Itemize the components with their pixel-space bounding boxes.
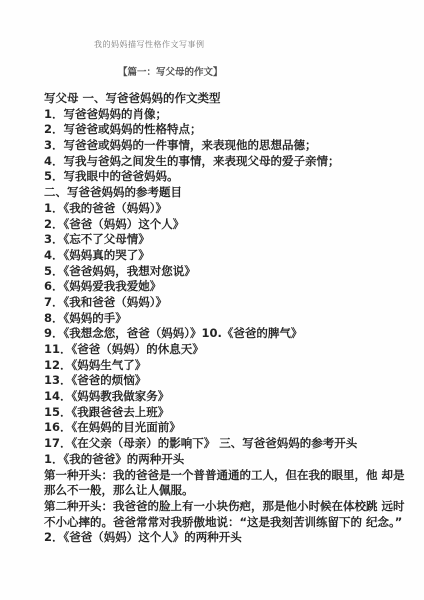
text-line: 8．《妈妈的手》 (44, 311, 404, 327)
text-line: 12．《妈妈生气了》 (44, 358, 404, 374)
document-body: 写父母 一、写爸爸妈妈的作文类型1．写爸爸妈妈的肖像；2．写爸爸或妈妈的性格特点… (44, 91, 404, 546)
text-line: 2．《爸爸（妈妈）这个人》 (44, 217, 404, 233)
text-line: 第二种开头：我爸爸的脸上有一小块伤疤，那是他小时候在体校跳 远时 (44, 499, 404, 515)
text-line: 第一种开头：我的爸爸是一个普普通通的工人，但在我的眼里，他 却是 (44, 468, 404, 484)
document-title: 我的妈妈描写性格作文写事例 (94, 39, 205, 50)
text-line: 11．《爸爸（妈妈）的休息天》 (44, 342, 404, 358)
text-line: 6．《妈妈爱我我爱她》 (44, 279, 404, 295)
text-line: 17．《在父亲（母亲）的影响下》 三、写爸爸妈妈的参考开头 (44, 436, 404, 452)
text-line: 5．《爸爸妈妈，我想对您说》 (44, 264, 404, 280)
text-line: 2．《爸爸（妈妈）这个人》的两种开头 (44, 530, 404, 546)
text-line: 3．《忘不了父母情》 (44, 232, 404, 248)
text-line: 1．《我的爸爸》的两种开头 (44, 452, 404, 468)
text-line: 2．写爸爸或妈妈的性格特点； (44, 122, 404, 138)
text-line: 9．《我想念您，爸爸（妈妈）》10.《爸爸的脾气》 (44, 326, 404, 342)
text-line: 1．《我的爸爸（妈妈）》 (44, 201, 404, 217)
text-line: 3．写爸爸或妈妈的一件事情，来表现他的思想品德； (44, 138, 404, 154)
text-line: 二、写爸爸妈妈的参考题目 (44, 185, 404, 201)
text-line: 4．《妈妈真的哭了》 (44, 248, 404, 264)
text-line: 5．写我眼中的爸爸妈妈。 (44, 169, 404, 185)
text-line: 16．《在妈妈的目光面前》 (44, 420, 404, 436)
text-line: 那么不一般，那么让人佩服。 (44, 483, 404, 499)
text-line: 13．《爸爸的烦恼》 (44, 373, 404, 389)
text-line: 1．写爸爸妈妈的肖像； (44, 107, 404, 123)
text-line: 7．《我和爸爸（妈妈）》 (44, 295, 404, 311)
text-line: 15．《我跟爸爸去上班》 (44, 405, 404, 421)
text-line: 不小心摔的。爸爸常常对我骄傲地说：“这是我刻苦训练留下的 纪念。” (44, 515, 404, 531)
text-line: 4．写我与爸妈之间发生的事情，来表现父母的爱子亲情； (44, 154, 404, 170)
text-line: 写父母 一、写爸爸妈妈的作文类型 (44, 91, 404, 107)
document-page: 我的妈妈描写性格作文写事例 【篇一：写父母的作文】 写父母 一、写爸爸妈妈的作文… (0, 0, 424, 600)
section-heading: 【篇一：写父母的作文】 (118, 66, 223, 79)
text-line: 14．《妈妈教我做家务》 (44, 389, 404, 405)
